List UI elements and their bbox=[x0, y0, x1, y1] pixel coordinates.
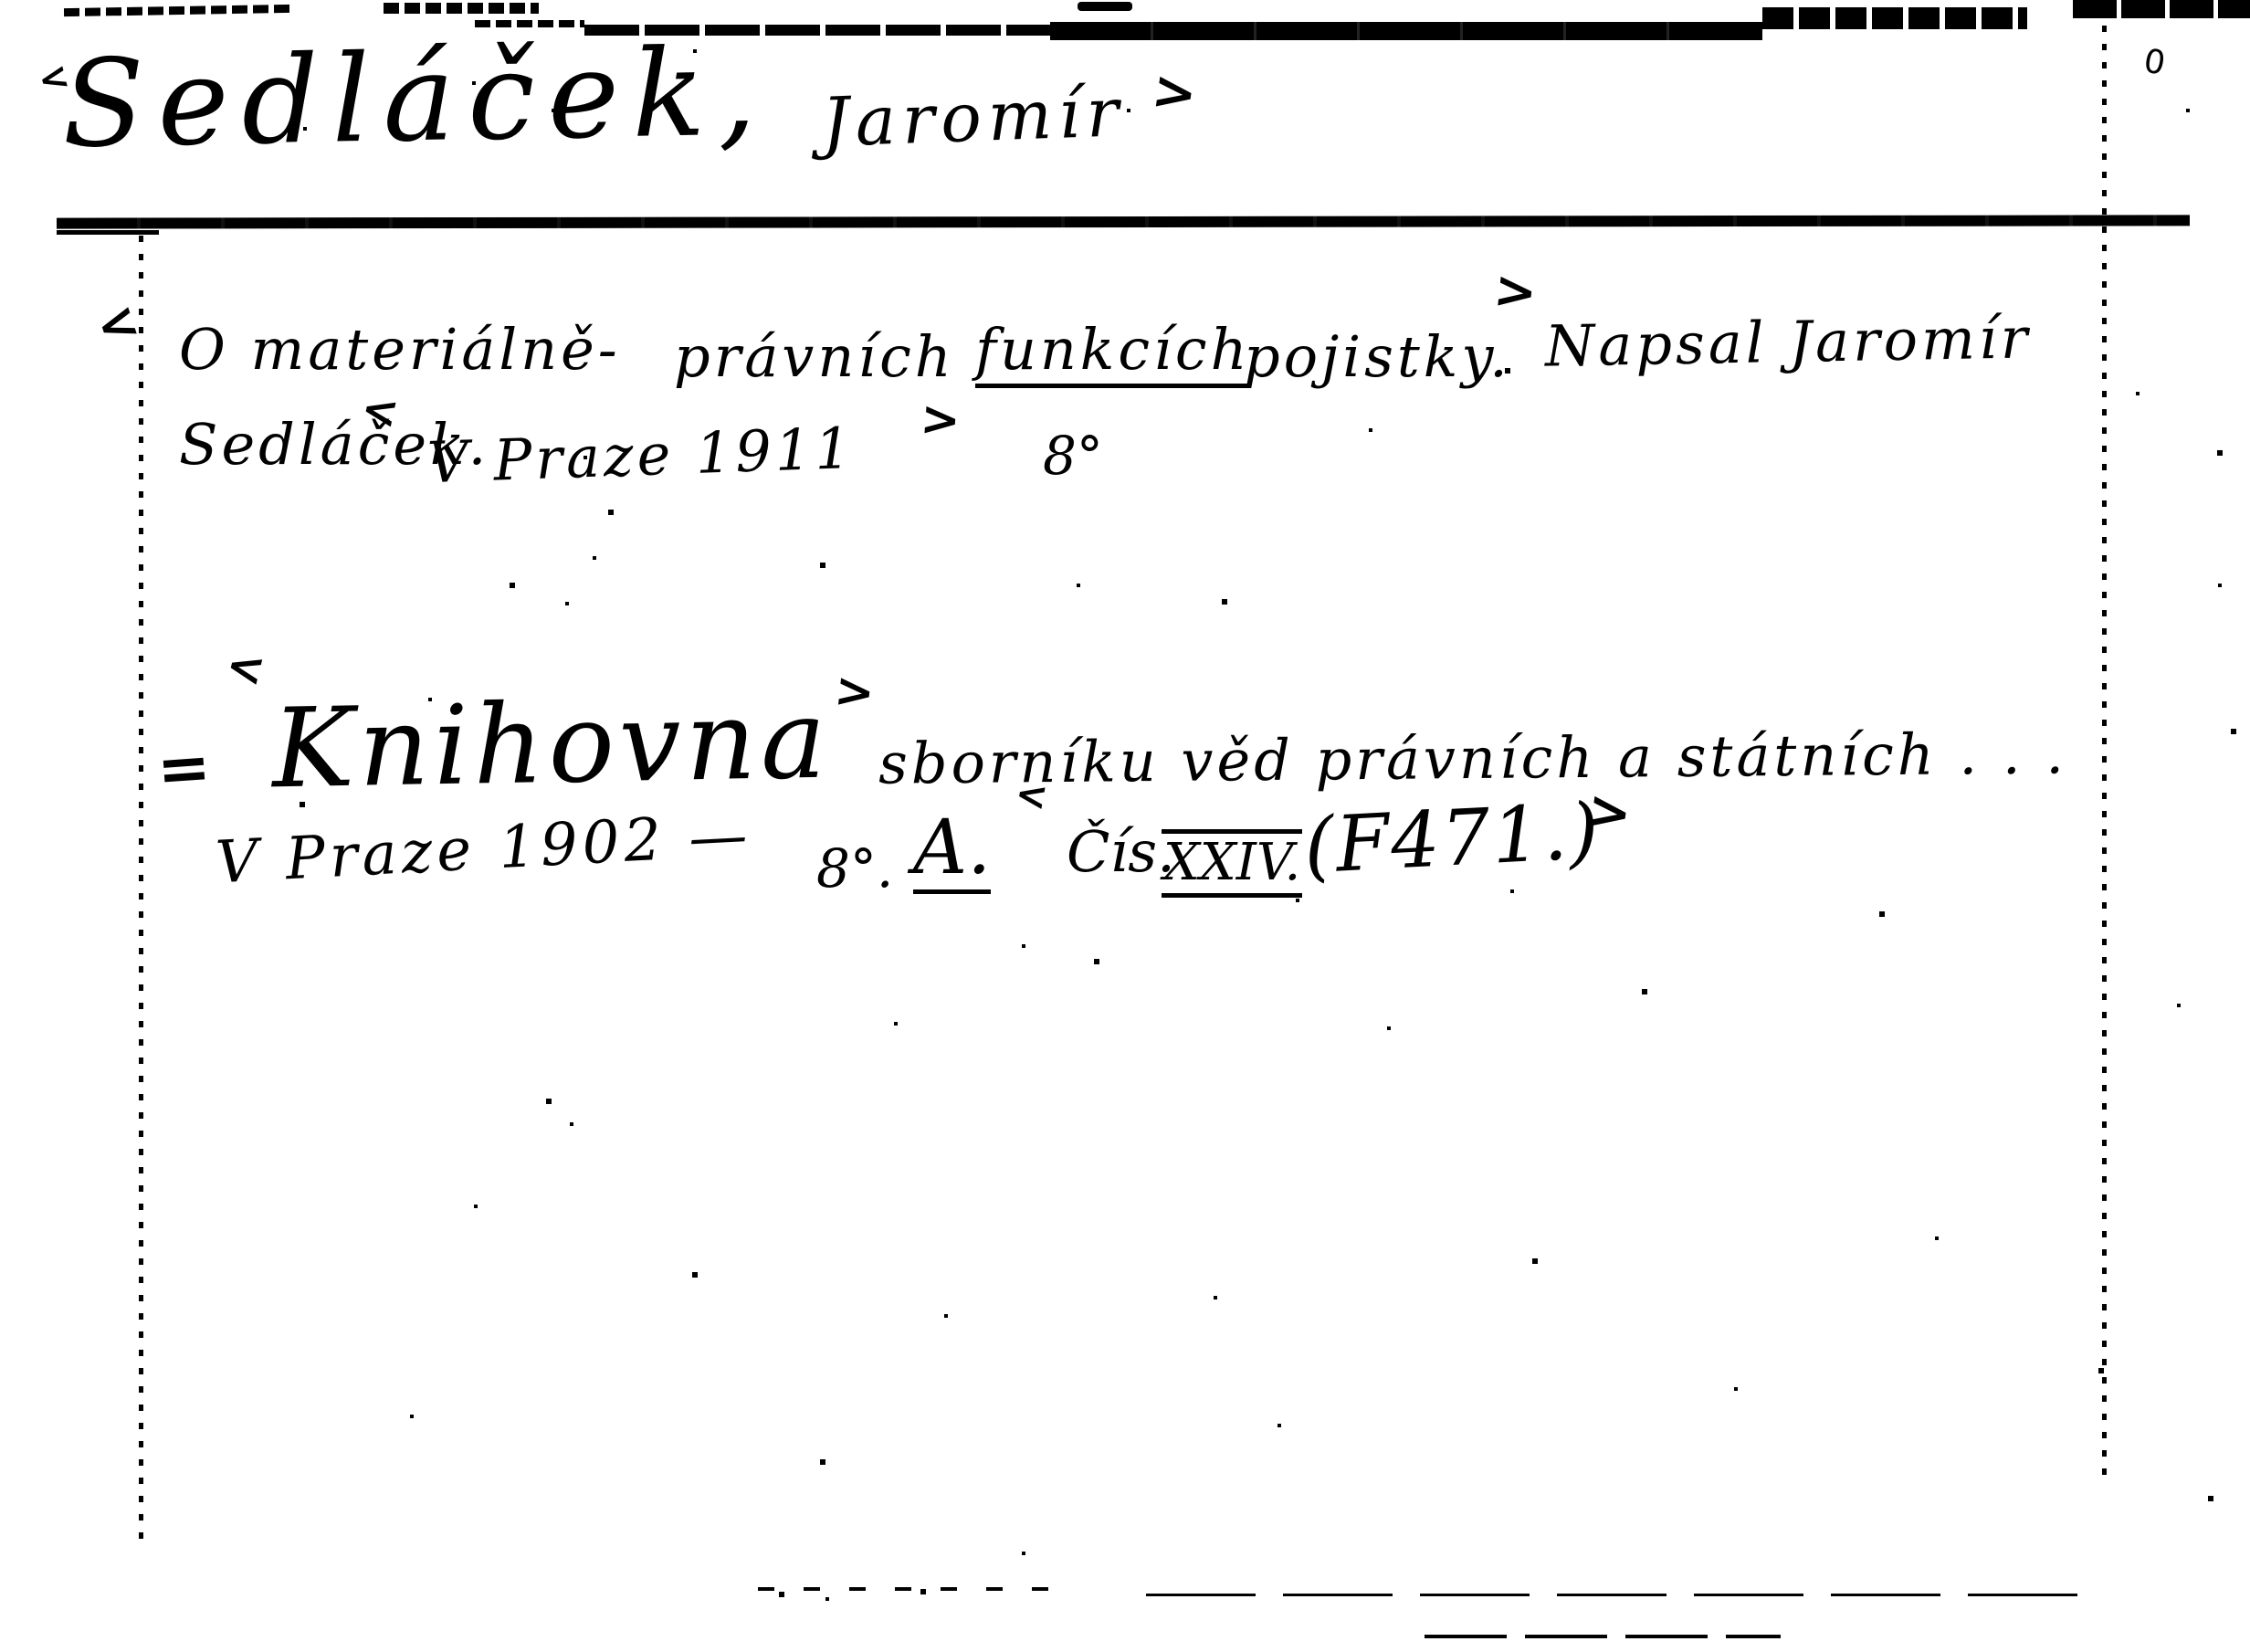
title-text: O materiálně- bbox=[179, 321, 621, 378]
scan-noise-bottom bbox=[1425, 1635, 1781, 1638]
shelfmark: (F471.) bbox=[1302, 793, 1603, 885]
insertion-mark-icon: < bbox=[1013, 773, 1051, 816]
insertion-mark-icon: > bbox=[1583, 783, 1635, 841]
insertion-mark-icon: < bbox=[222, 641, 270, 695]
series-number-label: Čís. bbox=[1067, 824, 1175, 880]
format-octavo: 8° bbox=[1043, 429, 1103, 482]
heading-surname: Sedláček, bbox=[61, 32, 770, 164]
catalog-card: < Sedláček, Jaromír > 0 < O materiálně- … bbox=[0, 0, 2250, 1652]
imprint-place-date: V Praze 1911 bbox=[426, 420, 856, 491]
scan-noise-bottom bbox=[758, 1587, 1059, 1591]
scan-noise-top bbox=[2073, 0, 2250, 18]
title-text: právních bbox=[674, 329, 955, 385]
author-statement: Napsal Jaromír bbox=[1544, 310, 2031, 374]
heading-rule bbox=[57, 215, 2190, 228]
scan-noise-top bbox=[384, 3, 539, 14]
scan-noise-top bbox=[1762, 7, 2027, 29]
series-format: 8°. bbox=[816, 842, 893, 895]
title-text-underlined: funkcích bbox=[975, 321, 1251, 388]
heading-rule-fragment bbox=[57, 230, 159, 235]
corner-zero-mark: 0 bbox=[2141, 42, 2169, 82]
right-margin-dotted-line bbox=[2102, 26, 2107, 1483]
series-title: Knihovna bbox=[271, 686, 831, 805]
equals-sign: = bbox=[154, 729, 213, 807]
scan-speckles bbox=[0, 0, 2, 2]
insertion-mark-icon: > bbox=[1149, 63, 1200, 121]
scan-noise-top bbox=[64, 5, 292, 16]
left-margin-dotted-line bbox=[139, 236, 143, 1551]
insertion-mark-icon: > bbox=[919, 395, 962, 446]
scan-noise-bottom bbox=[1146, 1594, 2087, 1596]
insertion-mark-icon: > bbox=[832, 667, 877, 718]
series-place-date: V Praze 1902 — bbox=[215, 806, 753, 893]
title-text: pojistky. bbox=[1244, 329, 1511, 385]
series-letter-underlined: A. bbox=[913, 811, 991, 894]
series-subtitle: sborníku věd právních a státních . . . bbox=[878, 725, 2067, 792]
scan-noise-top bbox=[1078, 2, 1132, 11]
insertion-mark-icon: < bbox=[90, 294, 145, 353]
insertion-mark-icon: > bbox=[1491, 265, 1540, 321]
heading-given-name: Jaromír bbox=[821, 79, 1126, 157]
series-volume-roman: XXIV. bbox=[1162, 829, 1302, 898]
scan-noise-top bbox=[1050, 22, 1762, 40]
